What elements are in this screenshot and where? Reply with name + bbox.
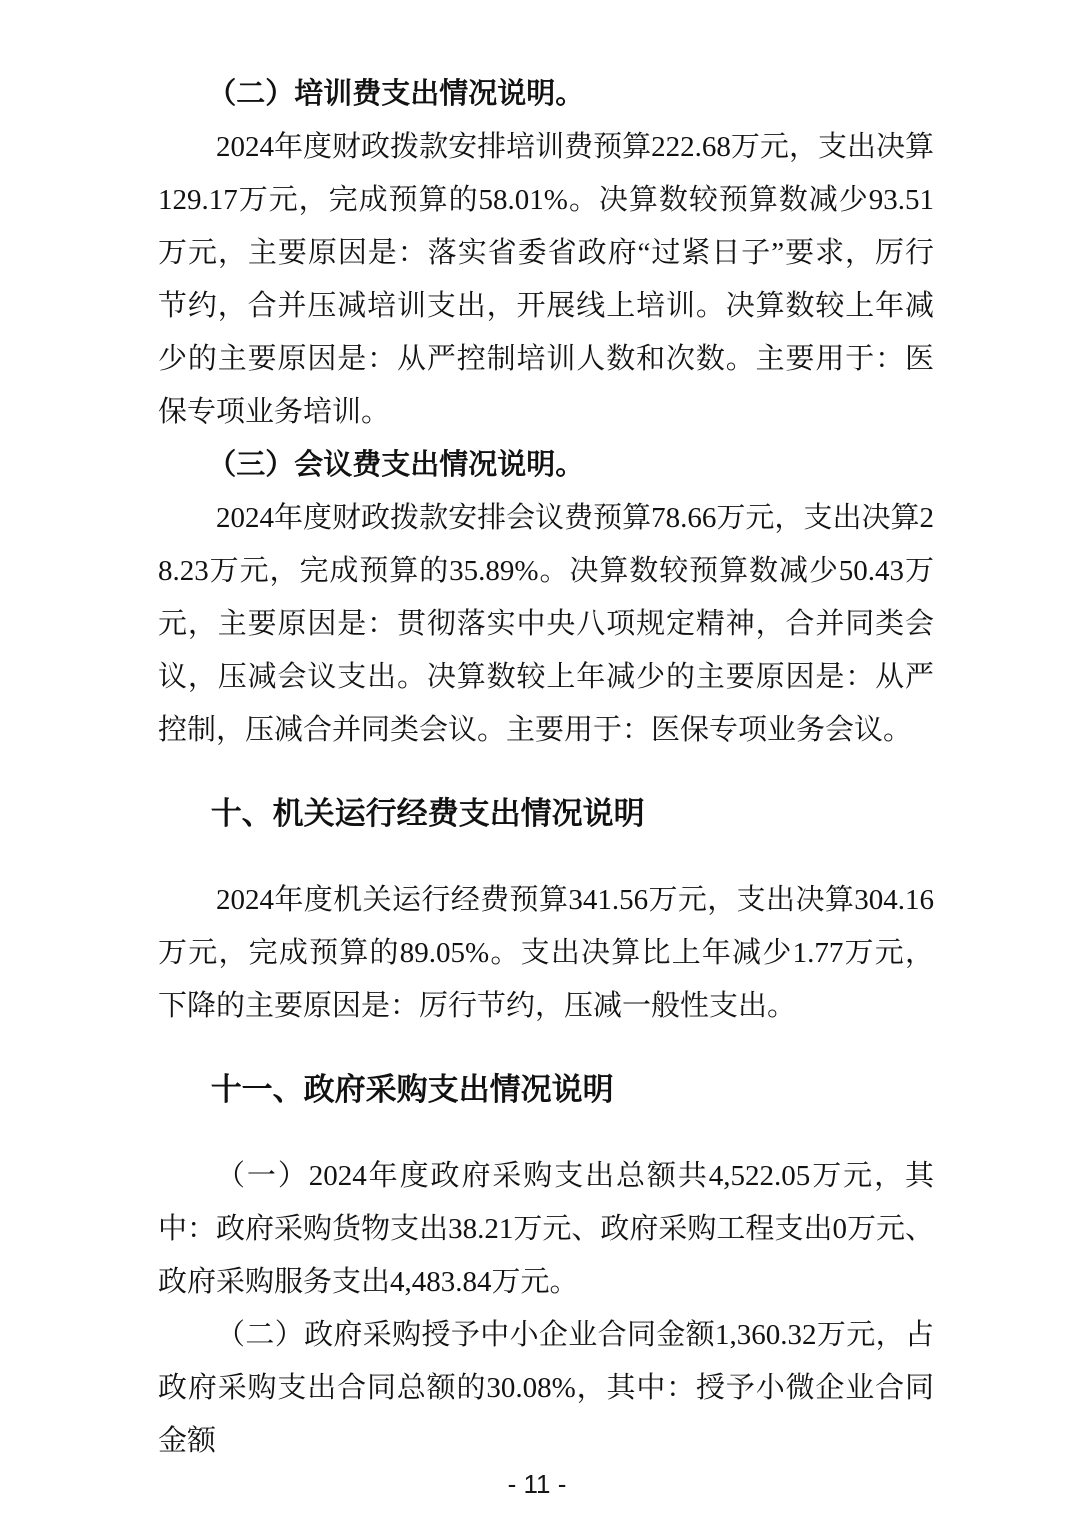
document-page: （二）培训费支出情况说明。 2024年度财政拨款安排培训费预算222.68万元，… — [0, 0, 1074, 1520]
subsection-heading-meeting-fee: （三）会议费支出情况说明。 — [158, 439, 934, 492]
paragraph-agency-operating-expenses: 2024年度机关运行经费预算341.56万元，支出决算304.16万元，完成预算… — [158, 874, 934, 1033]
section-heading-government-procurement: 十一、政府采购支出情况说明 — [158, 1063, 934, 1116]
paragraph-meeting-fee: 2024年度财政拨款安排会议费预算78.66万元，支出决算28.23万元，完成预… — [158, 492, 934, 757]
subsection-heading-training-fee: （二）培训费支出情况说明。 — [158, 68, 934, 121]
paragraph-training-fee: 2024年度财政拨款安排培训费预算222.68万元，支出决算129.17万元，完… — [158, 121, 934, 439]
page-number: - 11 - — [0, 1468, 1074, 1500]
section-heading-agency-operating-expenses: 十、机关运行经费支出情况说明 — [158, 787, 934, 840]
paragraph-procurement-sme-contracts: （二）政府采购授予中小企业合同金额1,360.32万元，占政府采购支出合同总额的… — [158, 1309, 934, 1468]
paragraph-procurement-total: （一）2024年度政府采购支出总额共4,522.05万元，其中：政府采购货物支出… — [158, 1150, 934, 1309]
